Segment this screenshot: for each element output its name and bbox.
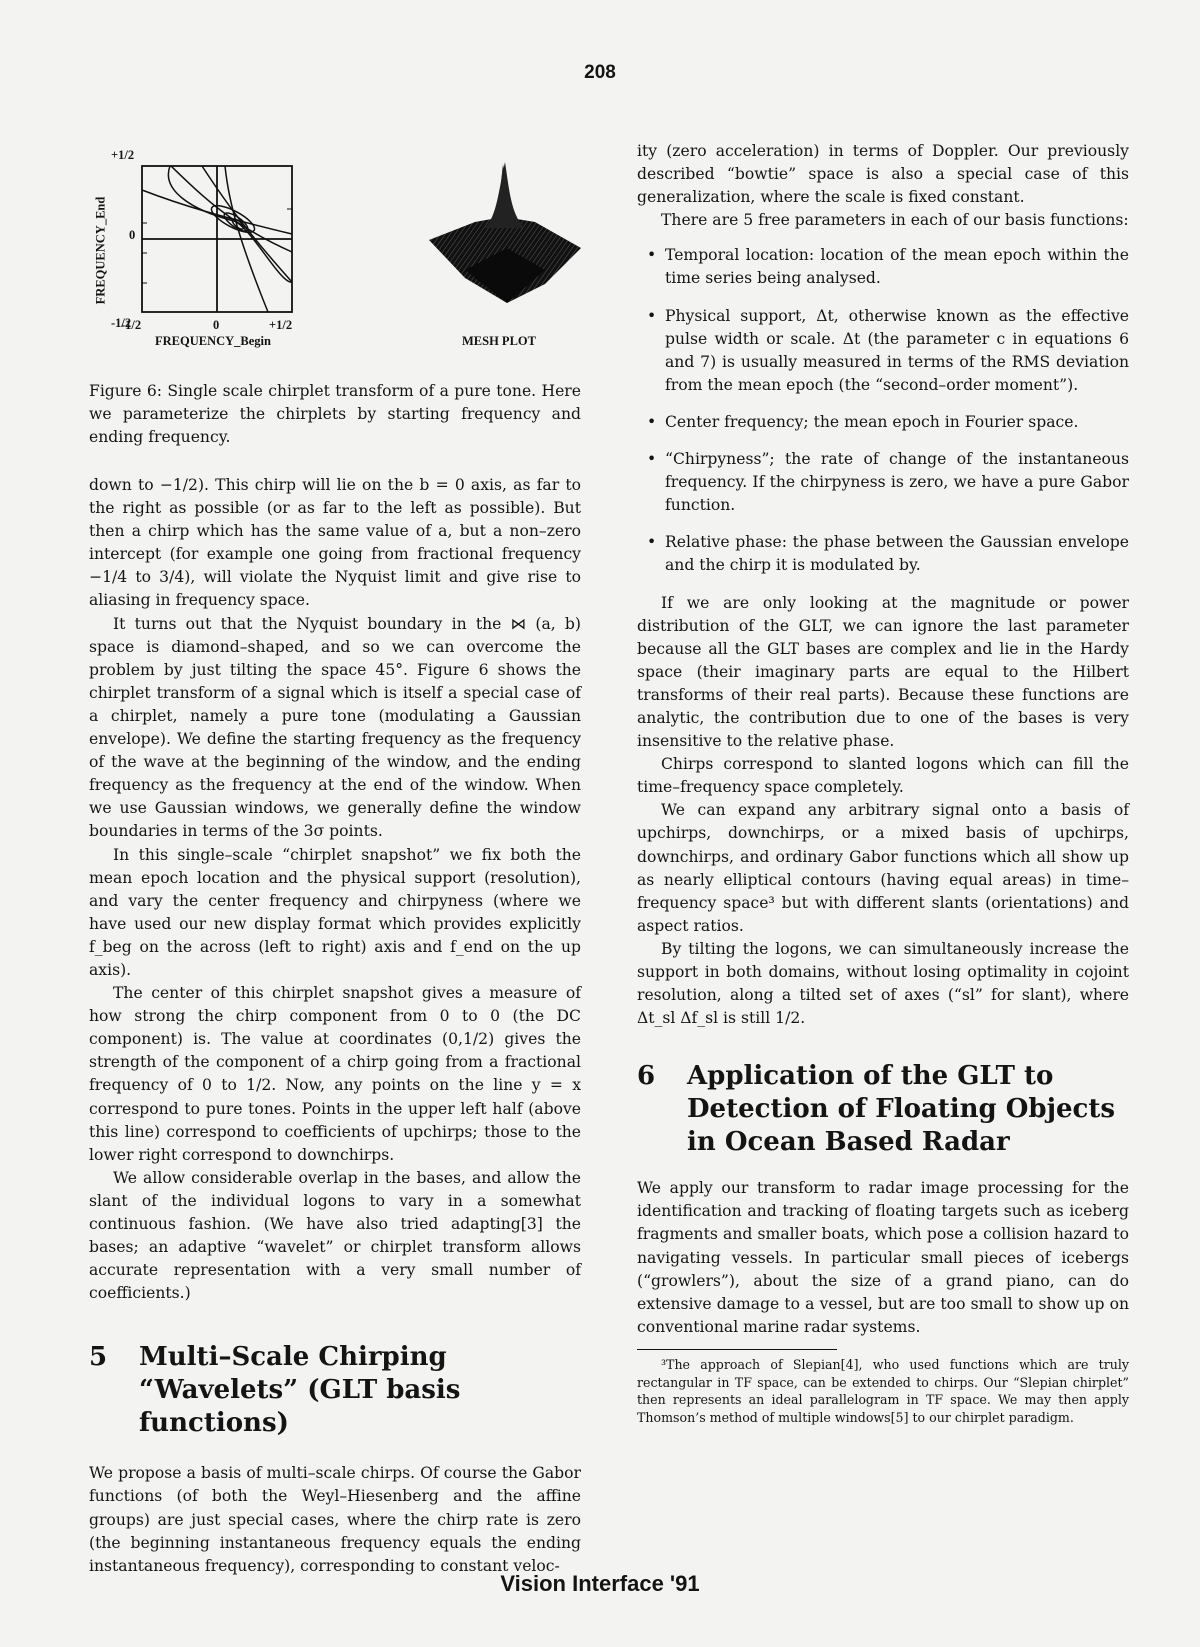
right-column: ity (zero acceleration) in terms of Dopp… xyxy=(637,140,1129,1426)
x-tick-left: -1/2 xyxy=(121,318,141,333)
section-6-heading: 6 Application of the GLT to Detection of… xyxy=(637,1060,1129,1159)
x-axis-label: FREQUENCY_Begin xyxy=(155,334,271,349)
mesh-plot-label: MESH PLOT xyxy=(462,334,536,349)
paragraph: down to −1/2). This chirp will lie on th… xyxy=(89,474,581,613)
y-tick-zero: 0 xyxy=(129,228,135,243)
paragraph: The center of this chirplet snapshot giv… xyxy=(89,982,581,1167)
paragraph: We propose a basis of multi–scale chirps… xyxy=(89,1462,581,1577)
y-tick-top: +1/2 xyxy=(111,148,134,163)
paragraph: There are 5 free parameters in each of o… xyxy=(637,209,1129,232)
paragraph: Chirps correspond to slanted logons whic… xyxy=(637,753,1129,799)
contour-plot xyxy=(141,165,293,313)
list-item: “Chirpyness”; the rate of change of the … xyxy=(637,448,1129,517)
y-axis-label: FREQUENCY_End xyxy=(94,191,109,311)
paragraph: We can expand any arbitrary signal onto … xyxy=(637,799,1129,938)
section-number: 6 xyxy=(637,1060,687,1159)
parameter-list: Temporal location: location of the mean … xyxy=(637,244,1129,577)
page-footer: Vision Interface '91 xyxy=(0,1571,1200,1597)
paragraph: It turns out that the Nyquist boundary i… xyxy=(89,613,581,844)
x-tick-zero: 0 xyxy=(213,318,219,333)
left-column: down to −1/2). This chirp will lie on th… xyxy=(89,474,581,1578)
paragraph: In this single–scale “chirplet snapshot”… xyxy=(89,844,581,983)
footnote-divider xyxy=(637,1349,837,1350)
section-title: Multi–Scale Chirping “Wavelets” (GLT bas… xyxy=(139,1341,581,1440)
section-number: 5 xyxy=(89,1341,139,1440)
section-5-heading: 5 Multi–Scale Chirping “Wavelets” (GLT b… xyxy=(89,1341,581,1440)
paragraph: We allow considerable overlap in the bas… xyxy=(89,1167,581,1306)
footnote: ³The approach of Slepian[4], who used fu… xyxy=(637,1356,1129,1426)
paragraph: We apply our transform to radar image pr… xyxy=(637,1177,1129,1339)
page-number: 208 xyxy=(0,62,1200,84)
paragraph: ity (zero acceleration) in terms of Dopp… xyxy=(637,140,1129,209)
list-item: Temporal location: location of the mean … xyxy=(637,244,1129,290)
paragraph: By tilting the logons, we can simultaneo… xyxy=(637,938,1129,1030)
x-tick-right: +1/2 xyxy=(269,318,292,333)
list-item: Center frequency; the mean epoch in Four… xyxy=(637,411,1129,434)
paragraph: If we are only looking at the magnitude … xyxy=(637,592,1129,754)
mesh-plot xyxy=(425,158,585,308)
figure-caption: Figure 6: Single scale chirplet transfor… xyxy=(89,380,581,449)
figure-6: +1/2 0 -1/2 FREQUENCY_End -1/2 0 +1/2 FR… xyxy=(89,148,589,368)
list-item: Physical support, Δt, otherwise known as… xyxy=(637,305,1129,397)
list-item: Relative phase: the phase between the Ga… xyxy=(637,531,1129,577)
section-title: Application of the GLT to Detection of F… xyxy=(687,1060,1129,1159)
